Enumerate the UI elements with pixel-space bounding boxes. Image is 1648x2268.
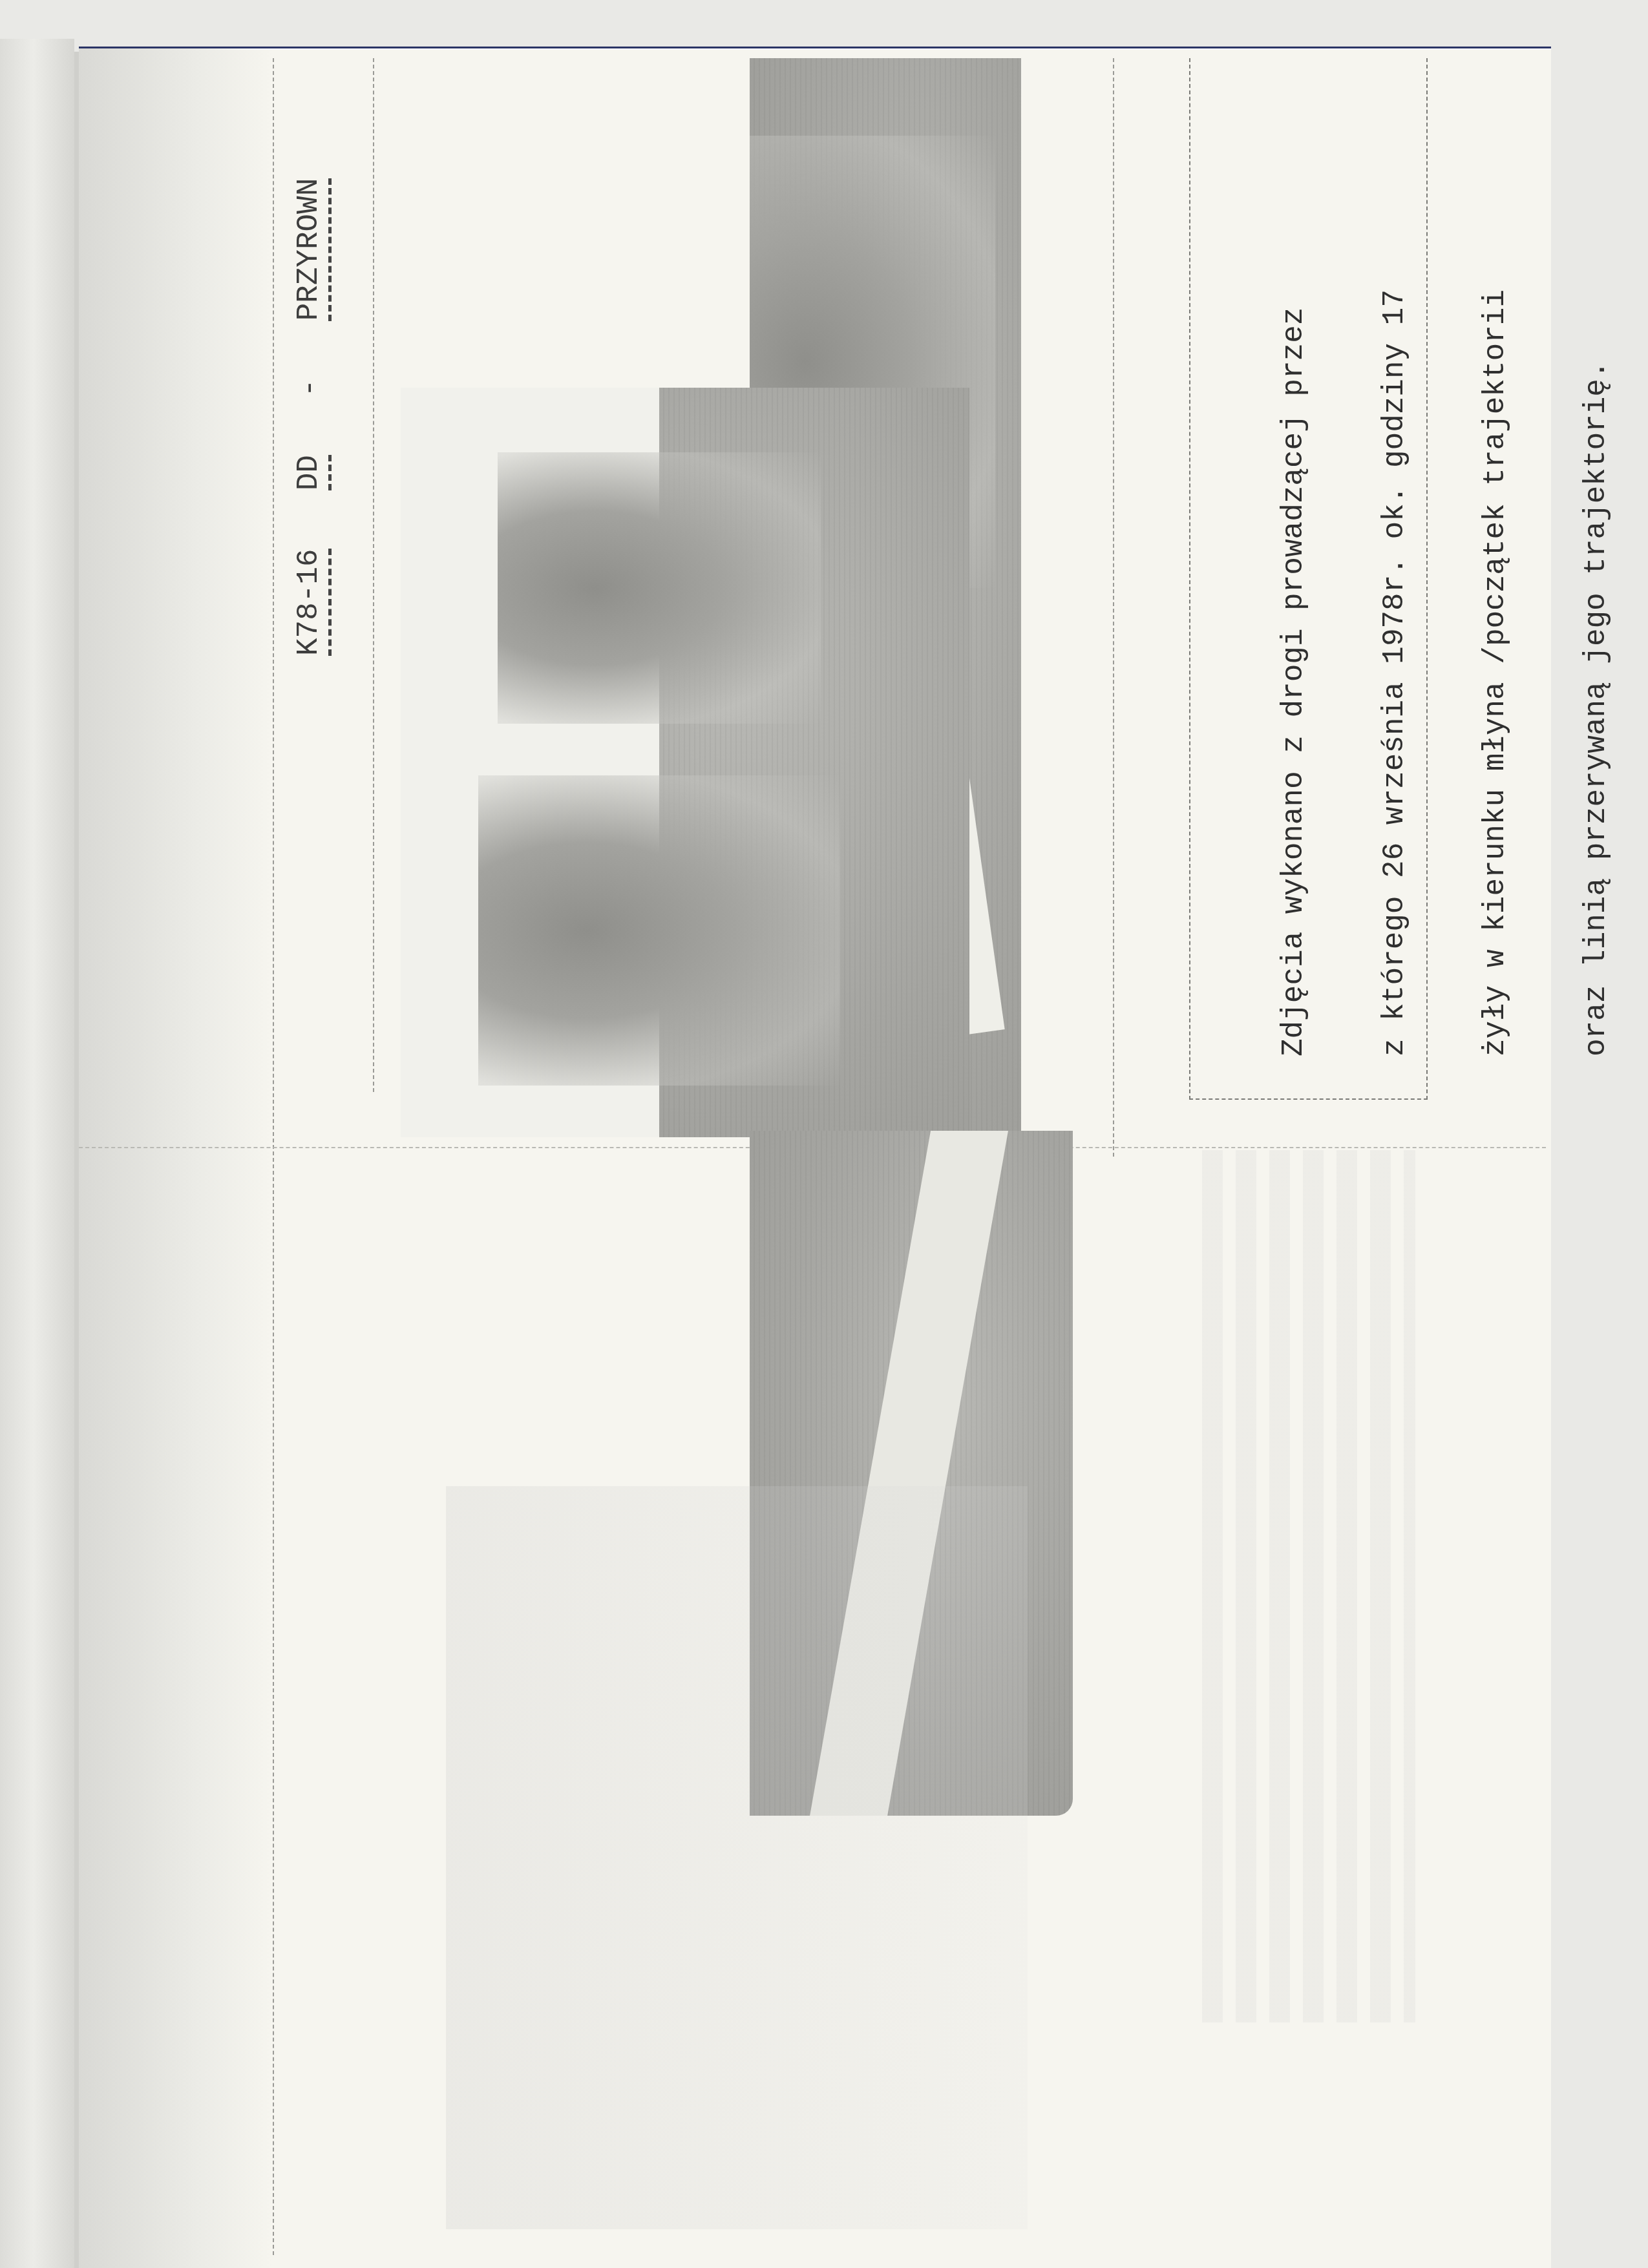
binding-strip — [0, 39, 74, 2268]
caption-line: oraz linią przerywaną jego trajektorię. — [1579, 48, 1613, 1056]
caption-line: żyły w kierunku młyna /początek trajekto… — [1479, 48, 1512, 1056]
bleed-through-image — [446, 1486, 1028, 2229]
page-shadow — [79, 48, 273, 2268]
margin-rule — [1113, 58, 1114, 1157]
caption-line: Zdjęcia wykonano z drogi prowadzącej prz… — [1277, 48, 1311, 1056]
caption-line: z którego 26 września 1978r. ok. godziny… — [1378, 48, 1411, 1056]
caption-text: Zdjęcia wykonano z drogi prowadzącej prz… — [1210, 48, 1648, 1056]
header-separator: - — [293, 379, 330, 397]
caption-box: Zdjęcia wykonano z drogi prowadzącej prz… — [1189, 58, 1428, 1100]
document-header: K78-16 DD - PRZYROWN — [273, 107, 350, 656]
margin-rule — [373, 58, 374, 1092]
document-code: K78-16 — [292, 549, 332, 656]
document-designation: DD — [292, 455, 332, 490]
bleed-through-caption — [1202, 1150, 1415, 2022]
photograph-trees — [401, 388, 969, 1137]
document-place: PRZYROWN — [292, 178, 332, 321]
